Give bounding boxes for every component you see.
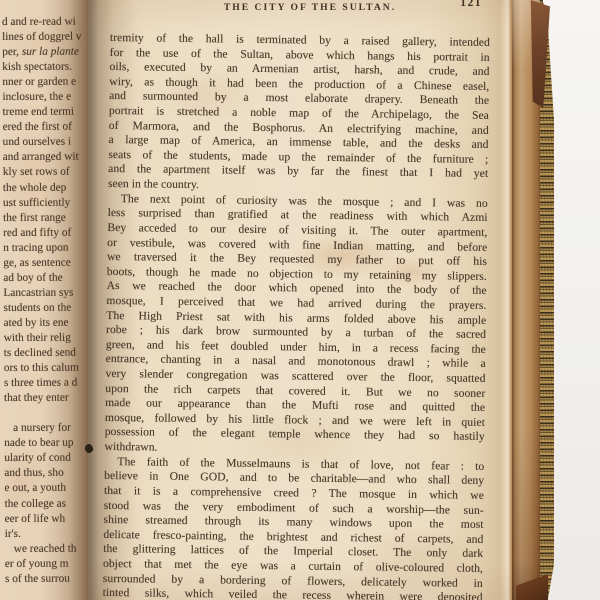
left-page-line-fragment: ors to this calum: [4, 361, 83, 376]
left-page-line-fragment: and arranged wit: [3, 150, 82, 165]
left-page-line-fragment: [4, 406, 83, 421]
left-page-line-fragment: ust sufficiently: [3, 195, 82, 210]
left-page-line-fragment: s three times a d: [4, 376, 83, 391]
left-page-line-fragment: and thus, sho: [4, 466, 83, 481]
left-page-lines: d and re-read wilines of doggrel vper, s…: [2, 15, 84, 587]
left-page-line-fragment: that they enter: [4, 391, 83, 406]
left-page-line-fragment: treme end termi: [2, 105, 81, 120]
left-page-line-fragment: er of young m: [5, 556, 84, 571]
left-page-line-fragment: nner or garden e: [2, 75, 81, 90]
left-page-line-fragment: ir's.: [5, 526, 84, 541]
left-page-line-fragment: ered the first of: [3, 120, 82, 135]
left-page-line-fragment: the whole dep: [3, 180, 82, 195]
left-page-line-fragment: red and fifty of: [3, 225, 82, 240]
running-header: THE CITY OF THE SULTAN.: [98, 2, 512, 13]
left-page-line-fragment: students on the: [3, 300, 82, 315]
right-page: THE CITY OF THE SULTAN. 121 tremity of t…: [88, 0, 512, 600]
left-page-line-fragment: d and re-read wi: [2, 15, 81, 30]
left-page-line-fragment: inclosure, the e: [2, 90, 81, 105]
left-page-line-fragment: per, sur la plante: [2, 45, 81, 60]
left-page-line-fragment: we reached th: [5, 541, 84, 556]
left-page-line-fragment: und ourselves i: [3, 135, 82, 150]
left-page-line-fragment: nade to bear up: [4, 436, 83, 451]
left-page-line-fragment: e out, a youth: [4, 481, 83, 496]
left-page-line-fragment: the college as: [5, 496, 84, 511]
left-page-line-fragment: kly set rows of: [3, 165, 82, 180]
left-page-line-fragment: a nursery for: [4, 421, 83, 436]
left-page-line-fragment: ularity of cond: [4, 451, 83, 466]
left-page-partial: d and re-read wilines of doggrel vper, s…: [0, 0, 88, 600]
book-photo: d and re-read wilines of doggrel vper, s…: [0, 0, 600, 600]
paragraph: The faith of the Musselmauns is that of …: [103, 455, 485, 600]
left-page-line-fragment: eer of life wh: [5, 511, 84, 526]
left-page-line-fragment: s of the surrou: [5, 571, 84, 586]
left-page-line-fragment: kish spectators.: [2, 60, 81, 75]
paragraph: tremity of the hall is terminated by a r…: [108, 31, 490, 197]
left-page-line-fragment: the first range: [3, 210, 82, 225]
left-page-line-fragment: ad boy of the: [3, 270, 82, 285]
left-page-line-fragment: ts declined send: [4, 346, 83, 361]
left-page-line-fragment: ated by its ene: [4, 316, 83, 331]
page-number: 121: [460, 0, 482, 9]
left-page-line-fragment: Lancastrian sys: [3, 285, 82, 300]
left-page-line-fragment: with their relig: [4, 331, 83, 346]
left-page-line-fragment: lines of doggrel v: [2, 30, 81, 45]
page-text: tremity of the hall is terminated by a r…: [103, 31, 490, 600]
paragraph: The next point of curiosity was the mosq…: [104, 192, 487, 460]
left-page-line-fragment: n tracing upon: [3, 240, 82, 255]
left-page-line-fragment: ge, as sentence: [3, 255, 82, 270]
